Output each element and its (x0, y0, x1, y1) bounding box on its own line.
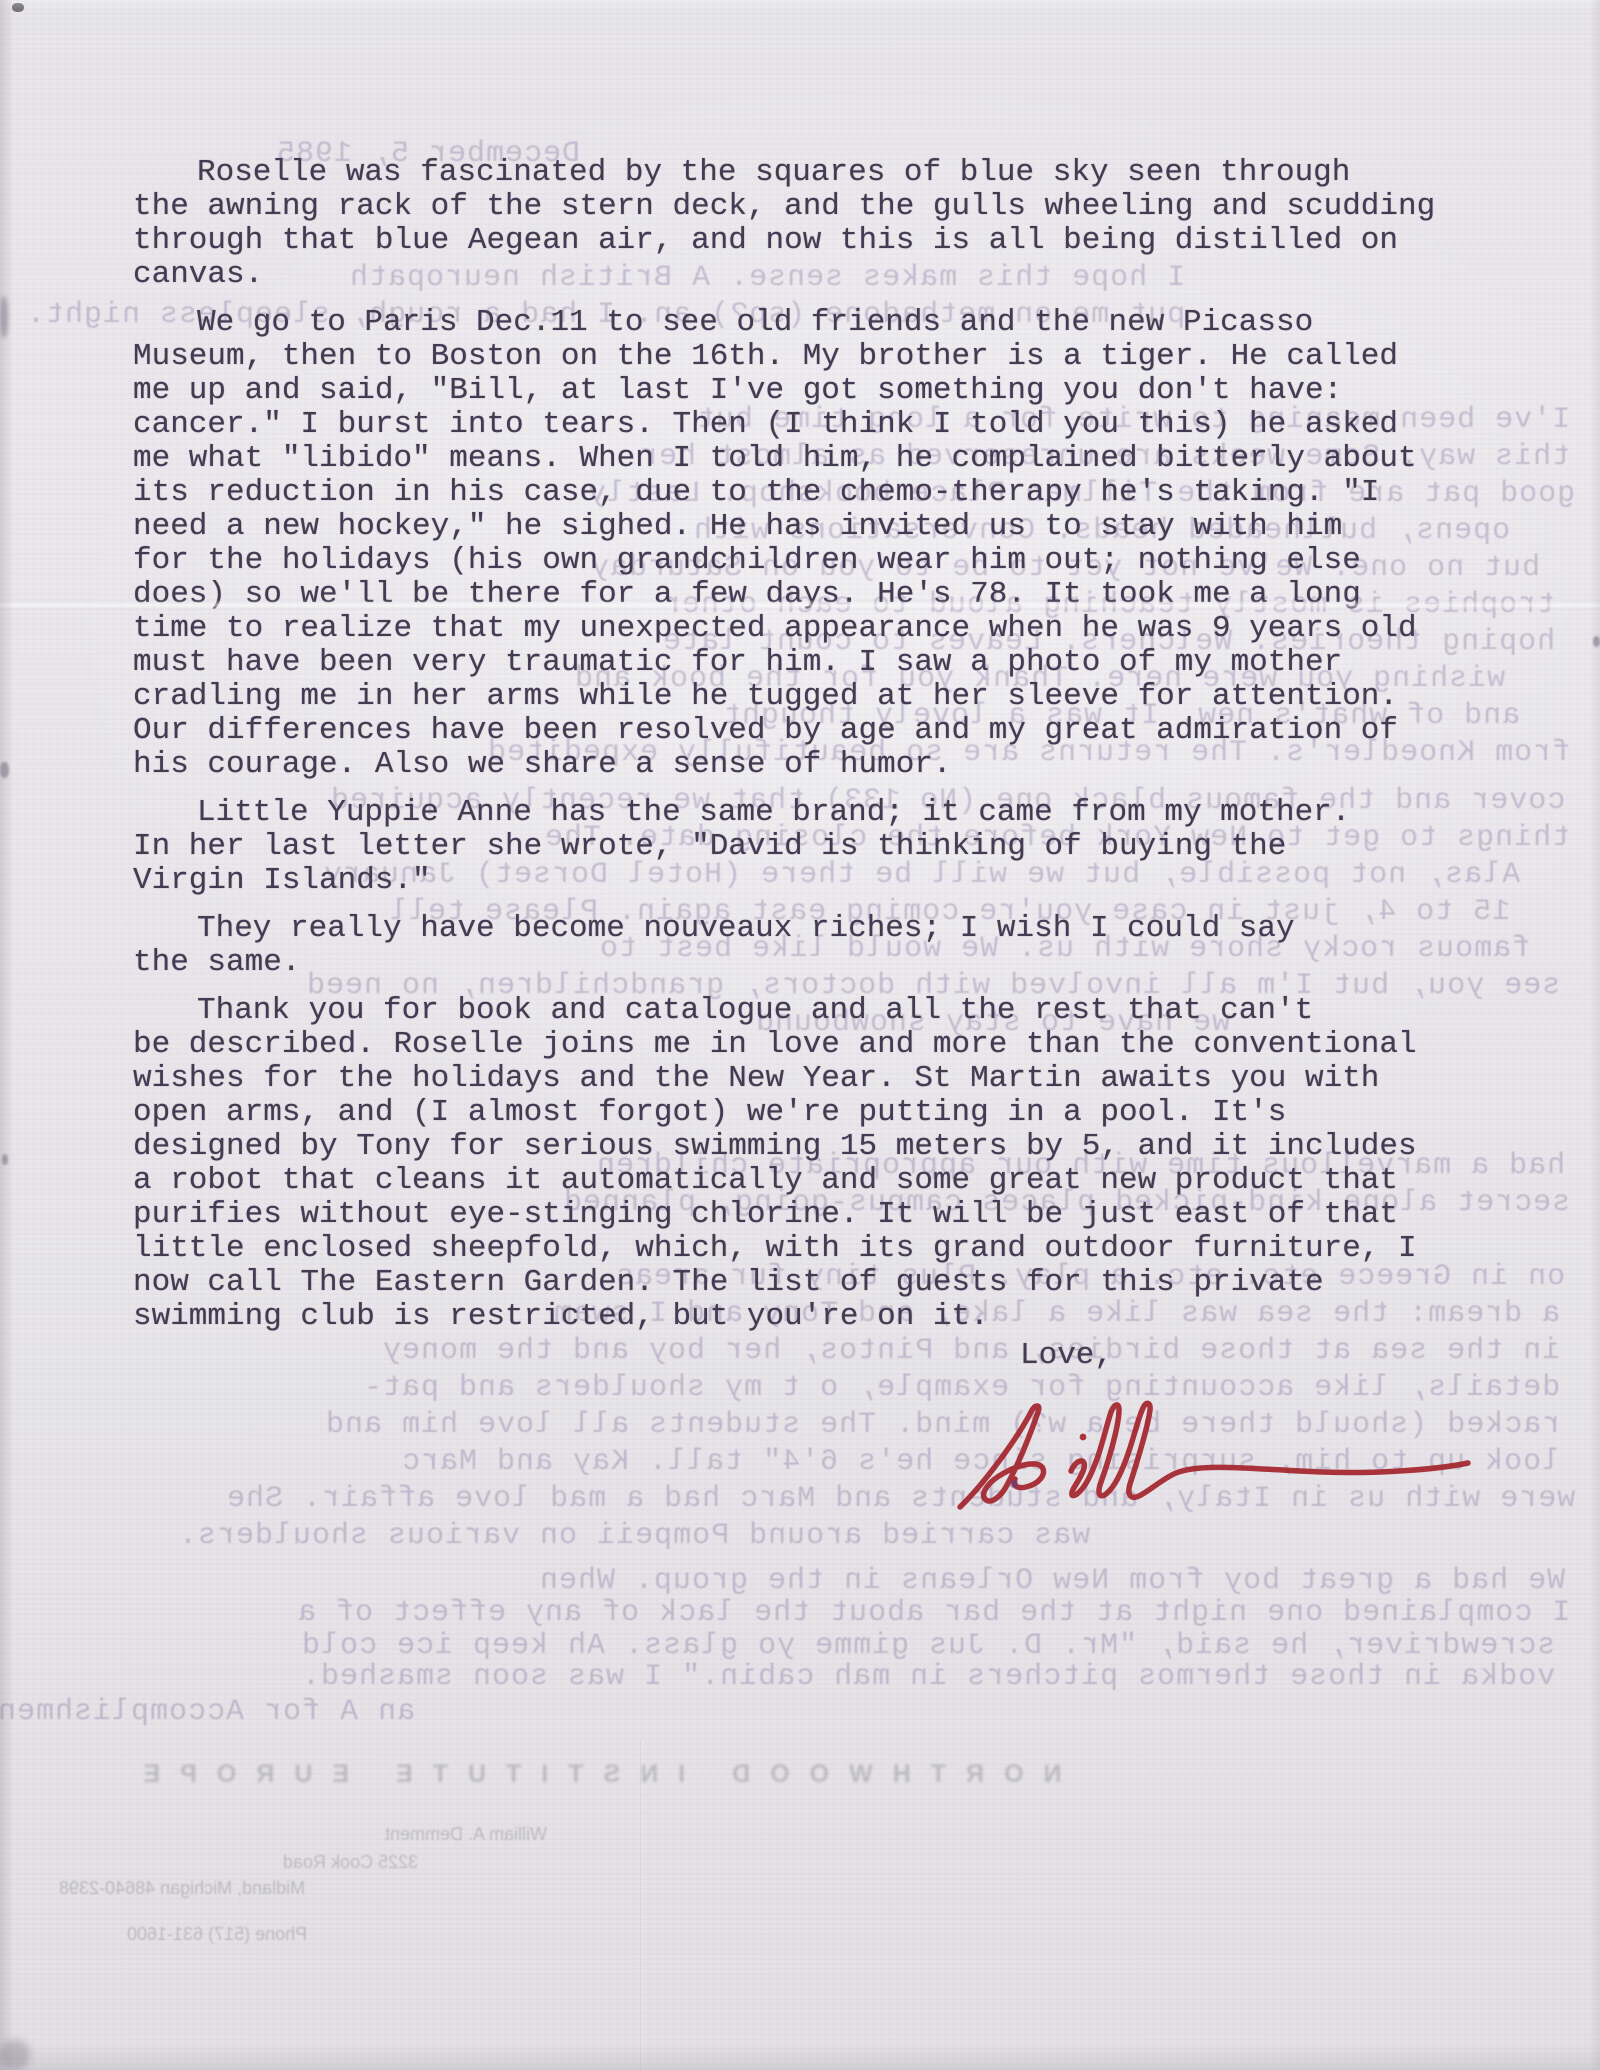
letterhead-bleedthrough-detail: Phone (517) 631-1600 (127, 1924, 307, 1945)
paper-speck (0, 296, 8, 338)
bleedthrough-typed-line: I complained one night at the bar about … (297, 1597, 1570, 1630)
letter-paragraph: Little Yuppie Anne has the same brand; i… (133, 796, 1473, 898)
signature-stroke-ill (1071, 1403, 1468, 1497)
letterhead-bleedthrough: NORTHWOOD INSTITUTE EUROPE (90, 1760, 1095, 1789)
vertical-crease (640, 1740, 643, 2070)
letter-page: December 5, 1985I hope this makes sense.… (0, 0, 1600, 2070)
signature-stroke-b (960, 1406, 1044, 1507)
letter-paragraph: They really have become nouveaux riches;… (133, 912, 1473, 980)
bleedthrough-typed-line: vodka in those thermos pitchers in mah c… (301, 1661, 1555, 1694)
paper-speck (1593, 636, 1600, 647)
bleedthrough-typed-line: screwdriver, he said, "Mr. D. Jus gimme … (301, 1630, 1555, 1663)
letter-paragraph: We go to Paris Dec.11 to see old friends… (133, 306, 1473, 782)
letterhead-bleedthrough-detail: 3225 Cook Road (283, 1852, 418, 1873)
paper-speck (0, 2040, 30, 2070)
letter-paragraph: Roselle was fascinated by the squares of… (133, 156, 1473, 292)
bleedthrough-typed-line: We had a great boy from New Orleans in t… (539, 1565, 1565, 1598)
paper-speck (0, 762, 9, 778)
signature-i-dot (1080, 1434, 1087, 1441)
letterhead-bleedthrough-detail: William A. Demment (385, 1824, 547, 1845)
letter-paragraph: Thank you for book and catalogue and all… (133, 994, 1473, 1334)
paper-speck (12, 3, 24, 12)
bleedthrough-typed-line: an A for Accomplishment. (0, 1696, 415, 1729)
paper-speck (2, 1154, 8, 1165)
closing-love: Love, (1020, 1338, 1113, 1373)
signature-bill (930, 1385, 1475, 1545)
letter-body: Roselle was fascinated by the squares of… (133, 156, 1473, 1348)
letterhead-bleedthrough-detail: Midland, Michigan 48640-2398 (59, 1878, 305, 1899)
